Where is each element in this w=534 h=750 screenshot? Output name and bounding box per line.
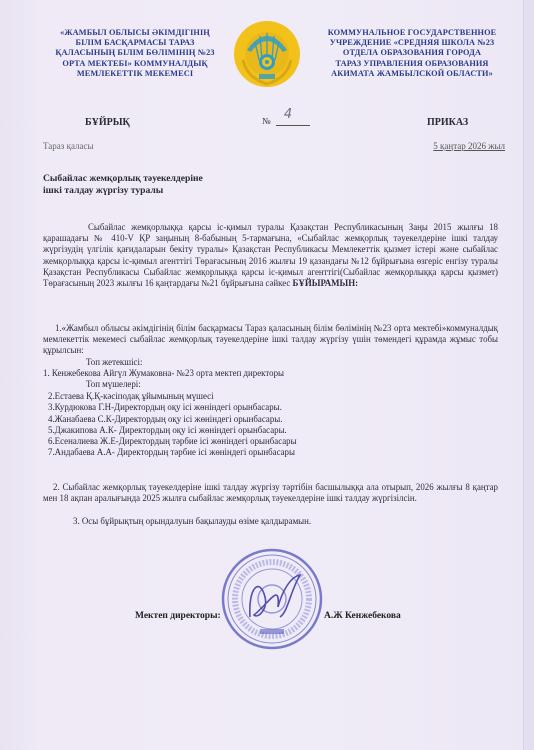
group-leader: 1. Кенжебекова Айгүл Жумаковна- №23 орта… xyxy=(43,368,284,378)
order-subject: Сыбайлас жемқорлық тәуекелдеріне ішкі та… xyxy=(43,173,203,196)
header-org-kazakh: «ЖАМБЫЛ ОБЛЫСЫ ӘКІМДІГІНІҢ БІЛІМ БАСҚАРМ… xyxy=(55,28,215,79)
order-title-kazakh: БҰЙРЫҚ xyxy=(85,117,130,128)
group-members-heading: Топ мүшелері: xyxy=(86,379,141,389)
header-line: МЕМЛЕКЕТТІК МЕКЕМЕСІ xyxy=(55,69,215,79)
header-org-russian: КОММУНАЛЬНОЕ ГОСУДАРСТВЕННОЕ УЧРЕЖДЕНИЕ … xyxy=(316,28,508,79)
header-line: ОРТА МЕКТЕБІ» КОММУНАЛДЫҚ xyxy=(55,59,215,69)
header-line: «ЖАМБЫЛ ОБЛЫСЫ ӘКІМДІГІНІҢ xyxy=(55,28,215,38)
order-number: № 4 xyxy=(262,113,310,126)
header-line: ОТДЕЛА ОБРАЗОВАНИЯ ГОРОДА xyxy=(316,48,508,58)
list-item: 3.Курдюкова Г.Н-Директордың оқу ісі жөні… xyxy=(48,402,297,413)
command-word: БҰЙЫРАМЫН: xyxy=(293,278,359,288)
list-item: 5.Джакипова А.К- Директордың оқу ісі жөн… xyxy=(48,425,297,436)
header-line: АКИМАТА ЖАМБЫЛСКОЙ ОБЛАСТИ» xyxy=(316,69,508,79)
subject-line: ішкі талдау жүргізу туралы xyxy=(43,185,203,197)
header-line: ҚАЛАСЫНЫҢ БІЛІМ БӨЛІМІНІҢ №23 xyxy=(55,48,215,58)
signatory-name: А.Ж Кенжебекова xyxy=(324,611,401,621)
group-members-list: 2.Естаева Қ.Қ-кәсіподақ ұйымының мүшесі … xyxy=(48,391,297,459)
list-item: 7.Андабаева А.А- Директордың тәрбие ісі … xyxy=(48,447,297,458)
item-1-paragraph: 1.«Жамбыл облысы әкімдігінің білім басқа… xyxy=(43,323,498,357)
order-date: 5 қаңтар 2026 жыл xyxy=(395,141,505,151)
group-leader-heading: Топ жетекшісі: xyxy=(86,357,142,367)
header-line: БІЛІМ БАСҚАРМАСЫ ТАРАЗ xyxy=(55,38,215,48)
order-title-russian: ПРИКАЗ xyxy=(427,117,468,128)
number-label: № xyxy=(262,116,271,126)
header-line: ТАРАЗ УПРАВЛЕНИЯ ОБРАЗОВАНИЯ xyxy=(316,59,508,69)
header-line: КОММУНАЛЬНОЕ ГОСУДАРСТВЕННОЕ xyxy=(316,28,508,38)
signature-label: Мектеп директоры: xyxy=(135,611,221,621)
preamble-paragraph: Сыбайлас жемқорлыққа қарсы іс-қимыл тура… xyxy=(43,222,498,289)
state-emblem-icon xyxy=(233,20,301,88)
item-3-paragraph: 3. Осы бұйрықтың орындалуын бақылауды өз… xyxy=(73,516,311,526)
number-underline: 4 xyxy=(276,113,310,126)
item-2-paragraph: 2. Сыбайлас жемқорлық тәуекелдеріне ішкі… xyxy=(43,482,498,504)
preamble-text: Сыбайлас жемқорлыққа қарсы іс-қимыл тура… xyxy=(43,222,498,288)
list-item: 6.Есеналиева Ж.Е-Директордың тәрбие ісі … xyxy=(48,436,297,447)
official-stamp-icon xyxy=(220,547,325,652)
subject-line: Сыбайлас жемқорлық тәуекелдеріне xyxy=(43,173,203,185)
list-item: 4.Жанабаева С.К-Директордың оқу ісі жөні… xyxy=(48,414,297,425)
city: Тараз қаласы xyxy=(43,141,94,151)
header-line: УЧРЕЖДЕНИЕ «СРЕДНЯЯ ШКОЛА №23 xyxy=(316,38,508,48)
list-item: 2.Естаева Қ.Қ-кәсіподақ ұйымының мүшесі xyxy=(48,391,297,402)
document-page: «ЖАМБЫЛ ОБЛЫСЫ ӘКІМДІГІНІҢ БІЛІМ БАСҚАРМ… xyxy=(0,0,524,750)
number-value: 4 xyxy=(284,107,292,122)
page-edge xyxy=(523,0,534,750)
